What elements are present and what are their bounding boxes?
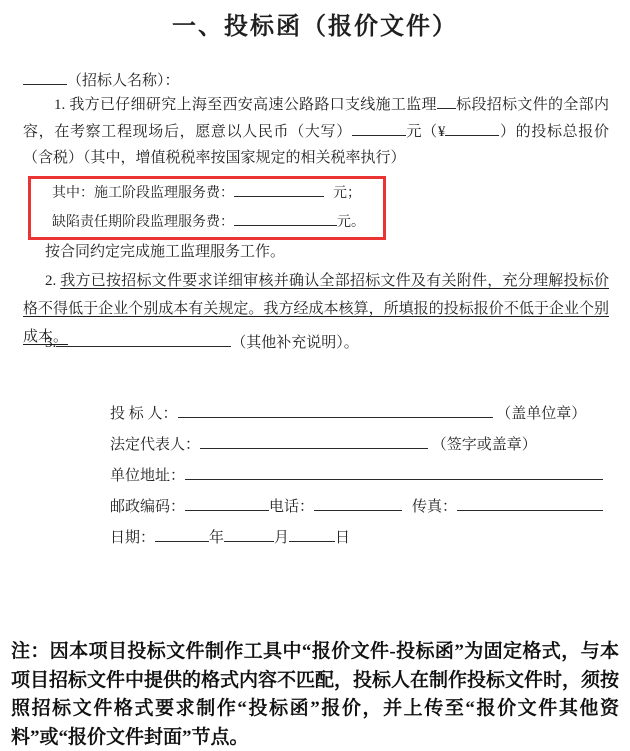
fee-construction-label: 其中：施工阶段监理服务费： xyxy=(52,186,234,201)
fee-line-defect-period: 缺陷责任期阶段监理服务费：元。 xyxy=(52,208,383,237)
address-row: 单位地址： xyxy=(110,462,626,490)
blank-year-field xyxy=(155,526,209,542)
blank-legal-rep-field xyxy=(200,433,428,449)
date-label: 日期： xyxy=(110,530,155,546)
blank-phone-field xyxy=(314,495,402,511)
para3-suffix: （其他补充说明）。 xyxy=(231,335,359,351)
addressee-label: （招标人名称）： xyxy=(67,73,180,89)
paragraph-supplement: 3.（其他补充说明）。 xyxy=(23,329,359,357)
blank-construction-fee-field xyxy=(234,182,324,197)
paragraph-contract-commitment: 按合同约定完成施工监理服务工作。 xyxy=(23,238,285,266)
blank-address-field xyxy=(185,464,603,480)
blank-day-field xyxy=(289,526,335,542)
day-label: 日 xyxy=(335,530,350,546)
year-label: 年 xyxy=(209,530,224,546)
phone-label: 电话： xyxy=(269,499,314,515)
contact-row: 邮政编码：电话：传真： xyxy=(110,493,626,521)
para1-text-1: 1. 我方已仔细研究上海至西安高速公路路口支线施工监理 xyxy=(54,97,437,113)
signature-block: 投 标 人： （盖单位章） 法定代表人： （签字或盖章） 单位地址： 邮政编码：… xyxy=(110,400,626,555)
page-title: 一、投标函（报价文件） xyxy=(0,12,630,42)
fee-highlight-box: 其中：施工阶段监理服务费：元； 缺陷责任期阶段监理服务费：元。 xyxy=(28,176,386,240)
addressee-line: （招标人名称）： xyxy=(23,67,180,95)
note-block: 注：因本项目投标文件制作工具中“报价文件-投标函”为固定格式，与本项目招标文件中… xyxy=(11,638,619,751)
fax-label: 传真： xyxy=(412,499,457,515)
blank-month-field xyxy=(224,526,274,542)
blank-section-number-field xyxy=(437,93,456,109)
blank-defect-fee-field xyxy=(234,211,337,226)
month-label: 月 xyxy=(274,530,289,546)
paragraph-bid-price: 1. 我方已仔细研究上海至西安高速公路路口支线施工监理标段招标文件的全部内容，在… xyxy=(23,92,609,172)
fee-defect-unit: 元。 xyxy=(337,215,365,230)
postal-label: 邮政编码： xyxy=(110,499,185,515)
fee-defect-label: 缺陷责任期阶段监理服务费： xyxy=(52,215,234,230)
para3-number: 3. xyxy=(45,335,56,351)
address-label: 单位地址： xyxy=(110,468,185,484)
bidder-seal-note: （盖单位章） xyxy=(496,406,586,422)
legal-rep-label: 法定代表人： xyxy=(110,437,200,453)
blank-bidder-signature-field xyxy=(178,402,493,418)
legal-rep-row: 法定代表人： （签字或盖章） xyxy=(110,431,626,459)
blank-amount-words-field xyxy=(352,120,406,136)
fee-construction-unit: 元； xyxy=(333,186,361,201)
blank-supplement-field xyxy=(56,331,231,347)
blank-postal-field xyxy=(185,495,269,511)
bidder-label: 投 标 人： xyxy=(110,406,178,422)
document-page: 一、投标函（报价文件） （招标人名称）： 1. 我方已仔细研究上海至西安高速公路… xyxy=(0,0,630,751)
para1-text-3: 元（¥ xyxy=(406,124,445,140)
para2-number: 2. xyxy=(45,273,60,289)
blank-bidder-name-field xyxy=(23,69,67,85)
date-row: 日期：年月日 xyxy=(110,524,626,552)
blank-amount-figures-field xyxy=(445,120,499,136)
legal-rep-seal-note: （签字或盖章） xyxy=(432,437,537,453)
bidder-row: 投 标 人： （盖单位章） xyxy=(110,400,626,428)
blank-fax-field xyxy=(457,495,603,511)
fee-line-construction: 其中：施工阶段监理服务费：元； xyxy=(52,179,383,208)
